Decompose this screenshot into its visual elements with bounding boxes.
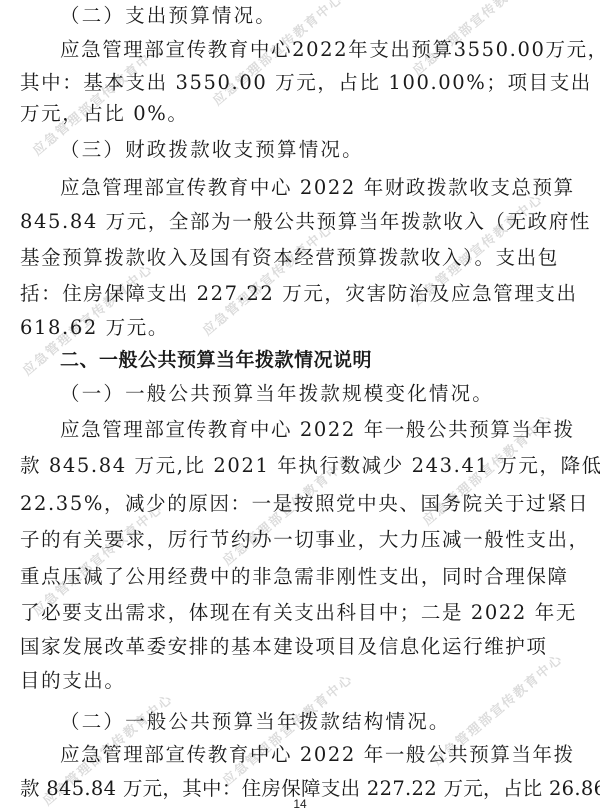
- paragraph-line: 重点压减了公用经费中的非急需非刚性支出，同时合理保障: [20, 564, 580, 590]
- paragraph-line: 应急管理部宣传教育中心2022年支出预算3550.00万元，: [60, 37, 580, 63]
- paragraph-line: 618.62 万元。: [20, 315, 580, 341]
- page-number: 14: [0, 797, 600, 808]
- paragraph-line: 国家发展改革委安排的基本建设项目及信息化运行维护项: [20, 634, 580, 660]
- paragraph-line: 应急管理部宣传教育中心 2022 年一般公共预算当年拨: [60, 417, 580, 443]
- section-subheading: （一）一般公共预算当年拨款规模变化情况。: [60, 381, 580, 407]
- paragraph-line: 括：住房保障支出 227.22 万元，灾害防治及应急管理支出: [20, 281, 580, 307]
- paragraph-line: 应急管理部宣传教育中心 2022 年一般公共预算当年拨: [60, 742, 580, 768]
- paragraph-line: 了必要支出需求，体现在有关支出科目中；二是 2022 年无: [20, 600, 580, 626]
- paragraph-line: 款 845.84 万元,比 2021 年执行数减少 243.41 万元，降低了: [20, 453, 580, 479]
- paragraph-line: 其中：基本支出 3550.00 万元，占比 100.00%；项目支出 0: [20, 70, 580, 96]
- section-heading: 二、一般公共预算当年拨款情况说明: [60, 347, 580, 373]
- paragraph-line: 845.84 万元，全部为一般公共预算当年拨款收入（无政府性: [20, 209, 580, 235]
- document-page: 应急管理部宣传教育中心 应急管理部宣传教育中心 应急管理部宣传教育中心 应急管理…: [0, 0, 600, 808]
- paragraph-line: 目的支出。: [20, 668, 580, 694]
- section-subheading: （二）一般公共预算当年拨款结构情况。: [60, 709, 580, 735]
- paragraph-line: 基金预算拨款收入及国有资本经营预算拨款收入）。支出包: [20, 245, 580, 271]
- section-subheading: （二）支出预算情况。: [60, 3, 580, 29]
- section-subheading: （三）财政拨款收支预算情况。: [60, 137, 580, 163]
- paragraph-line: 万元，占比 0%。: [20, 101, 580, 127]
- paragraph-line: 子的有关要求，厉行节约办一切事业，大力压减一般性支出，: [20, 527, 580, 553]
- paragraph-line: 22.35%，减少的原因：一是按照党中央、国务院关于过紧日: [20, 491, 580, 517]
- paragraph-line: 应急管理部宣传教育中心 2022 年财政拨款收支总预算: [60, 175, 580, 201]
